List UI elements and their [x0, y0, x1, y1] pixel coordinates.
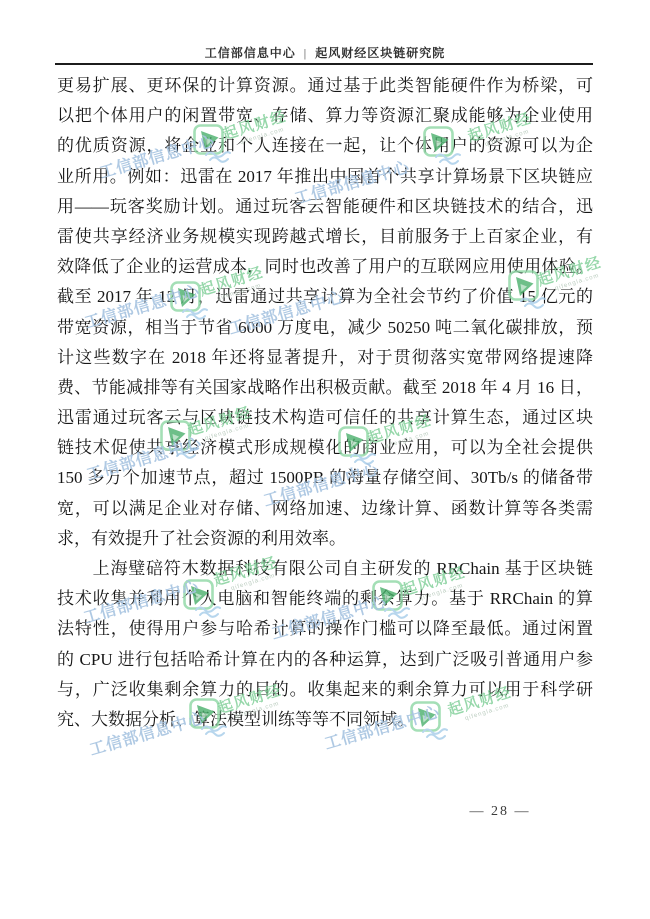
- body-line: 技术收集并利用个人电脑和智能终端的剩余算力。基于 RRChain 的算: [57, 584, 593, 614]
- document-body: 更易扩展、更环保的计算资源。通过基于此类智能硬件作为桥梁，可以把个体用户的闲置带…: [57, 71, 593, 735]
- body-line: 效降低了企业的运营成本，同时也改善了用户的互联网应用使用体验。: [57, 252, 593, 282]
- body-line: 截至 2017 年 12 月，迅雷通过共享计算为全社会节约了价值 15 亿元的: [57, 282, 593, 312]
- body-line: 宽，可以满足企业对存储、网络加速、边缘计算、函数计算等各类需: [57, 494, 593, 524]
- document-page: 工信部信息中心|起风财经区块链研究院 更易扩展、更环保的计算资源。通过基于此类智…: [0, 0, 650, 919]
- body-line: 更易扩展、更环保的计算资源。通过基于此类智能硬件作为桥梁，可: [57, 71, 593, 101]
- body-line: 费、节能减排等有关国家战略作出积极贡献。截至 2018 年 4 月 16 日，: [57, 373, 593, 403]
- body-line: 链技术促使共享经济模式形成规模化的商业应用，可以为全社会提供: [57, 433, 593, 463]
- body-line: 雷使共享经济业务规模实现跨越式增长，目前服务于上百家企业，有: [57, 222, 593, 252]
- page-number: — 28 —: [455, 804, 545, 820]
- body-line: 业所用。例如：迅雷在 2017 年推出中国首个共享计算场景下区块链应: [57, 162, 593, 192]
- body-line: 带宽资源，相当于节省 6000 万度电，减少 50250 吨二氧化碳排放，预: [57, 313, 593, 343]
- header-divider: [55, 63, 593, 65]
- body-line: 究、大数据分析、算法模型训练等等不同领域。: [57, 705, 593, 735]
- body-line: 的 CPU 进行包括哈希计算在内的各种运算，达到广泛吸引普通用户参: [57, 645, 593, 675]
- page-header: 工信部信息中心|起风财经区块链研究院: [0, 44, 650, 61]
- body-line: 用——玩客奖励计划。通过玩客云智能硬件和区块链技术的结合，迅: [57, 192, 593, 222]
- body-line: 以把个体用户的闲置带宽、存储、算力等资源汇聚成能够为企业使用: [57, 101, 593, 131]
- header-org-right: 起风财经区块链研究院: [315, 46, 445, 60]
- body-line: 的优质资源，将企业和个人连接在一起，让个体用户的资源可以为企: [57, 131, 593, 161]
- body-line: 法特性，使得用户参与哈希计算的操作门槛可以降至最低。通过闲置: [57, 614, 593, 644]
- body-line: 求，有效提升了社会资源的利用效率。: [57, 524, 593, 554]
- body-line: 150 多万个加速节点，超过 1500PB 的海量存储空间、30Tb/s 的储备…: [57, 463, 593, 493]
- body-line: 迅雷通过玩客云与区块链技术构造可信任的共享计算生态，通过区块: [57, 403, 593, 433]
- body-line: 计这些数字在 2018 年还将显著提升，对于贯彻落实宽带网络提速降: [57, 343, 593, 373]
- body-line: 上海璧碚符木数据科技有限公司自主研发的 RRChain 基于区块链: [57, 554, 593, 584]
- body-line: 与，广泛收集剩余算力的目的。收集起来的剩余算力可以用于科学研: [57, 675, 593, 705]
- header-org-left: 工信部信息中心: [205, 46, 296, 60]
- header-separator: |: [304, 46, 307, 60]
